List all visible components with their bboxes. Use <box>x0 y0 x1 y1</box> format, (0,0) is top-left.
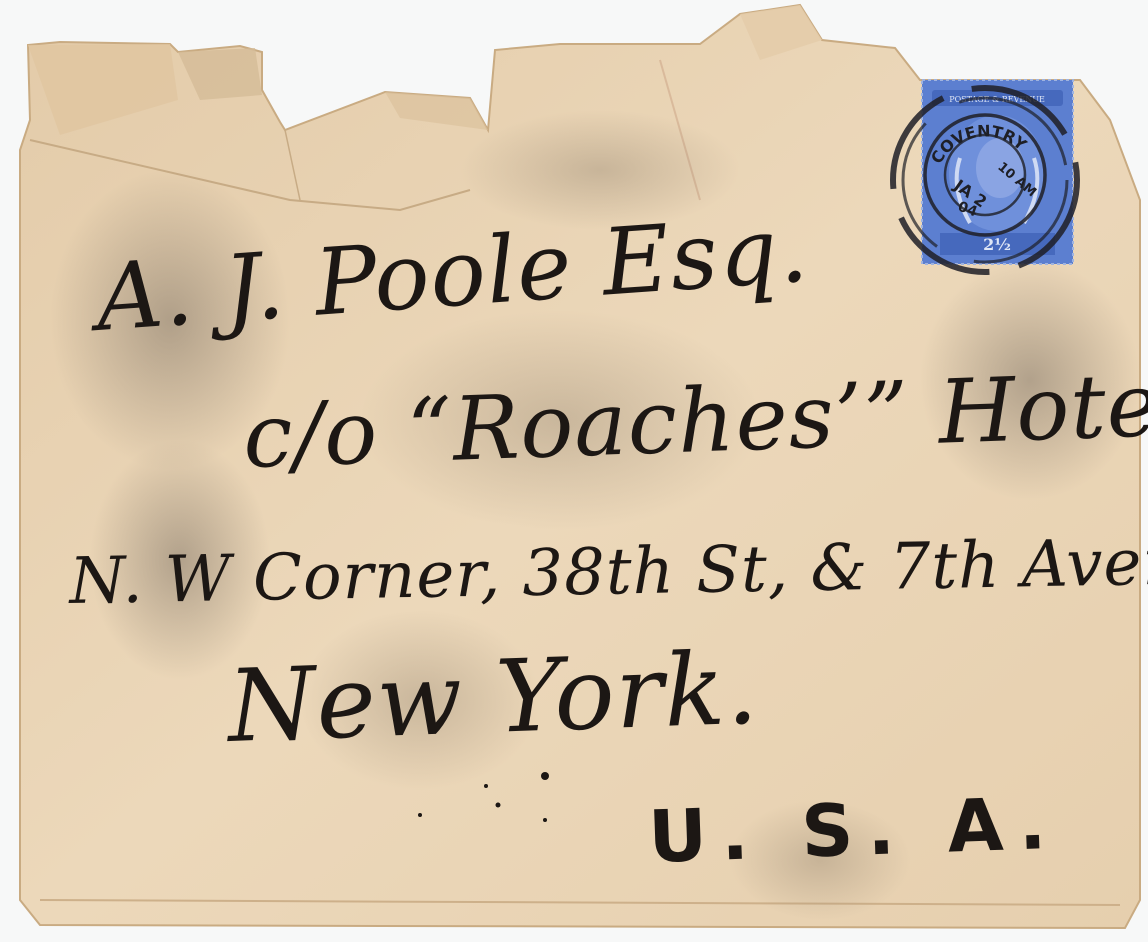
envelope-scan: POSTAGE & REVENUE 2½ COVENTRY 10 AM JA 2… <box>0 0 1148 942</box>
address-city: New York. <box>226 630 761 765</box>
address-country: U. S. A. <box>647 781 1061 879</box>
postmark: COVENTRY 10 AM JA 2 04 <box>885 80 1085 280</box>
postmark-town: COVENTRY <box>927 121 1030 167</box>
postmark-time: 10 AM <box>994 160 1039 201</box>
